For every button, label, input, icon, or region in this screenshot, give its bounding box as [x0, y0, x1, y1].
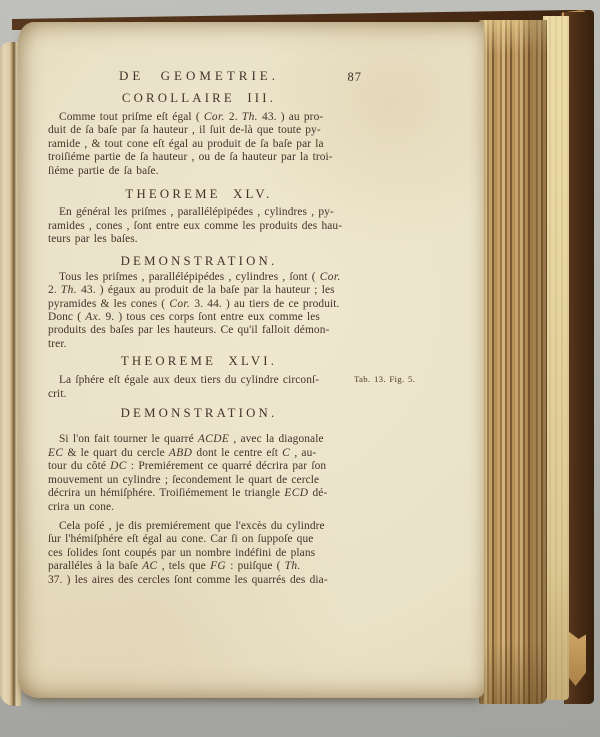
margin-note-tab-fig: Tab. 13. Fig. 5. [354, 374, 438, 384]
page-fore-edges [479, 20, 547, 704]
running-head: DE GEOMETRIE. 87 [48, 68, 350, 84]
text-block: DE GEOMETRIE. 87 COROLLAIRE III. Comme t… [48, 68, 350, 587]
page-number: 87 [348, 69, 363, 85]
heading-theoreme-46: THEOREME XLVI. [48, 354, 350, 369]
heading-demonstration-46: DEMONSTRATION. [48, 406, 350, 421]
paragraph-theoreme-46: La ſphére eſt égale aux deux tiers du cy… [48, 374, 350, 401]
paragraph-demonstration-46-first: Si l'on fait tourner le quarré ACDE , av… [48, 433, 350, 514]
book-photo: DE GEOMETRIE. 87 COROLLAIRE III. Comme t… [0, 0, 600, 737]
heading-demonstration-45: DEMONSTRATION. [48, 254, 350, 269]
book-page: DE GEOMETRIE. 87 COROLLAIRE III. Comme t… [18, 22, 484, 698]
heading-corollaire-3: COROLLAIRE III. [48, 91, 350, 106]
paragraph-demonstration-45: Tous les priſmes , parallélépipédes , cy… [48, 271, 350, 352]
running-head-title: DE GEOMETRIE. [119, 68, 279, 83]
heading-theoreme-45: THEOREME XLV. [48, 187, 350, 202]
paragraph-demonstration-46-second: Cela poſé , je dis premiérement que l'ex… [48, 520, 350, 587]
paragraph-corollaire-3: Comme tout priſme eſt égal ( Cor. 2. Th.… [48, 111, 350, 178]
paragraph-theoreme-45: En général les priſmes , parallélépipéde… [48, 206, 350, 246]
